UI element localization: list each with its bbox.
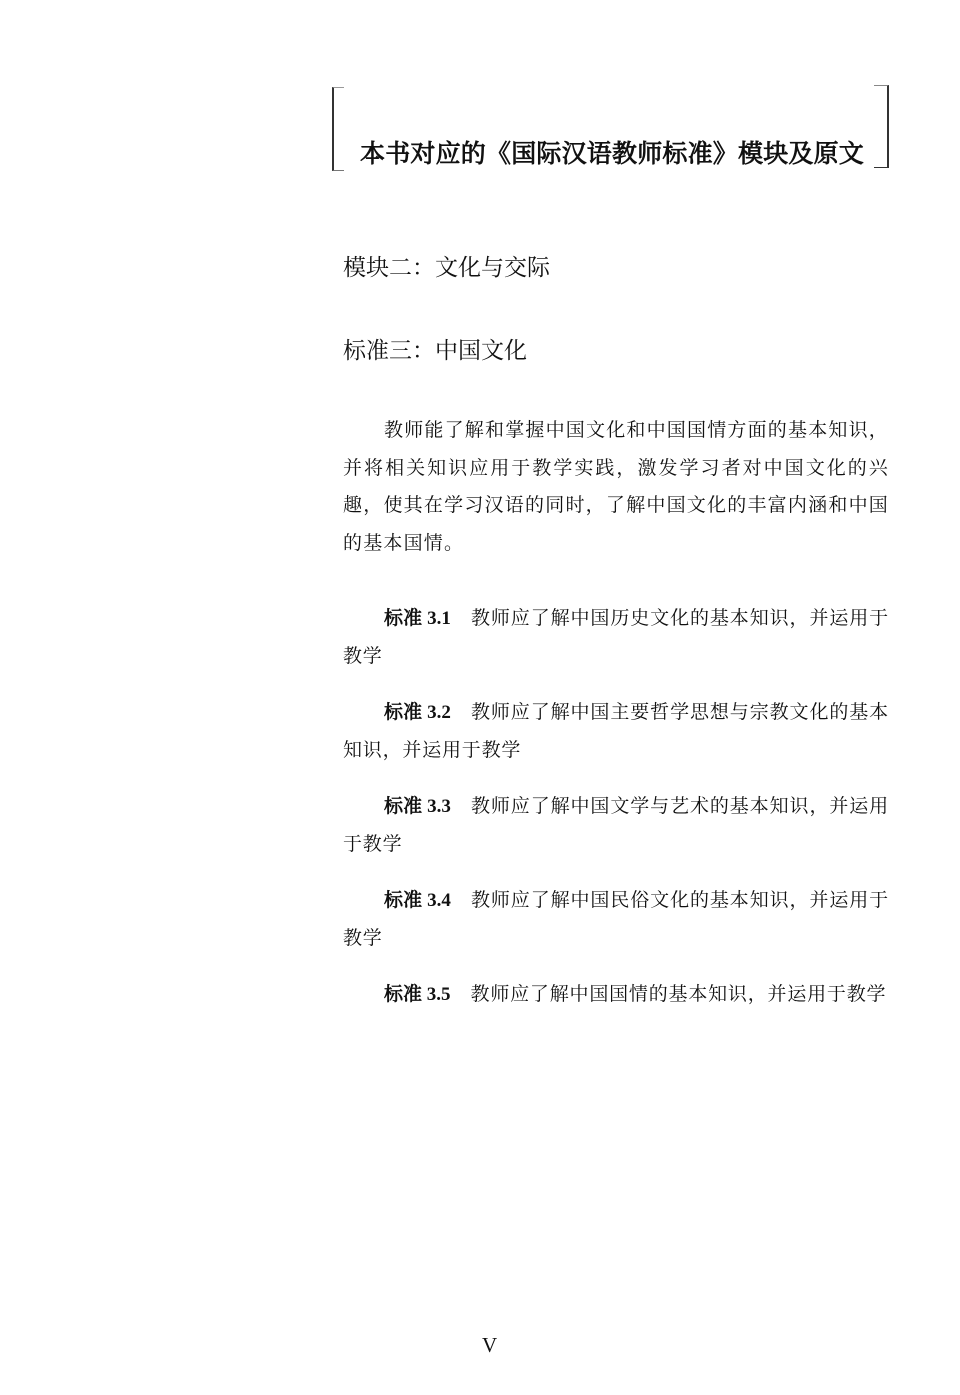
page-title: 本书对应的《国际汉语教师标准》模块及原文 [360, 136, 864, 172]
standard-item: 标准 3.3教师应了解中国文学与艺术的基本知识，并运用于教学 [343, 788, 889, 863]
standard-item-label: 标准 3.1 [384, 608, 451, 629]
title-bracket-left [332, 87, 344, 171]
standard-list: 标准 3.1教师应了解中国历史文化的基本知识，并运用于教学 标准 3.2教师应了… [343, 600, 889, 1033]
standard-intro-paragraph: 教师能了解和掌握中国文化和中国国情方面的基本知识，并将相关知识应用于教学实践，激… [343, 412, 889, 562]
standard-item: 标准 3.2教师应了解中国主要哲学思想与宗教文化的基本知识，并运用于教学 [343, 694, 889, 769]
standard-item: 标准 3.5教师应了解中国国情的基本知识，并运用于教学 [343, 976, 889, 1014]
standard-item: 标准 3.4教师应了解中国民俗文化的基本知识，并运用于教学 [343, 882, 889, 957]
standard-item-text: 教师应了解中国国情的基本知识，并运用于教学 [471, 983, 887, 1005]
standard-item: 标准 3.1教师应了解中国历史文化的基本知识，并运用于教学 [343, 600, 889, 675]
standard-item-label: 标准 3.3 [384, 796, 451, 817]
standard-heading: 标准三：中国文化 [343, 335, 527, 367]
standard-item-label: 标准 3.4 [384, 890, 451, 911]
standard-item-label: 标准 3.2 [384, 702, 451, 723]
module-heading: 模块二：文化与交际 [343, 252, 550, 284]
standard-item-label: 标准 3.5 [384, 984, 451, 1005]
title-bracket-right [874, 85, 889, 168]
page-number: V [482, 1333, 497, 1357]
